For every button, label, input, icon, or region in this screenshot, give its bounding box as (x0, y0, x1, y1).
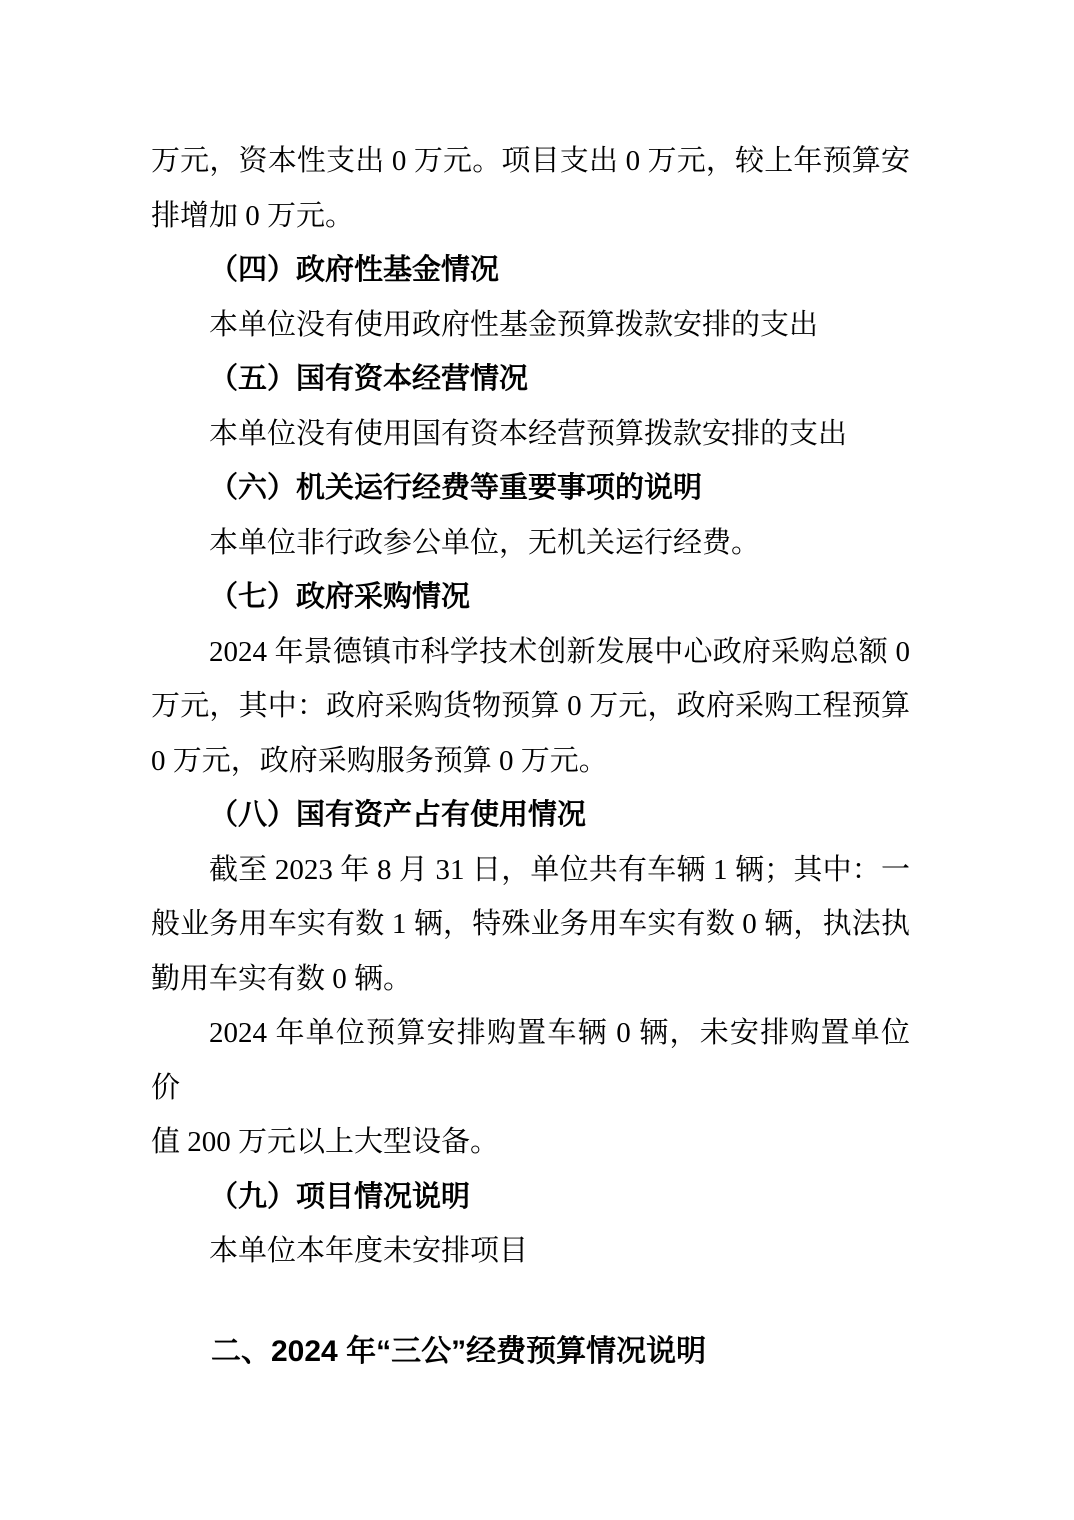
paragraph: 本单位没有使用国有资本经营预算拨款安排的支出 (151, 407, 910, 462)
text-line: 二、2024 年“三公”经费预算情况说明 (151, 1325, 910, 1380)
text-line: 万元，其中：政府采购货物预算 0 万元，政府采购工程预算 (151, 679, 910, 734)
section-heading: 二、2024 年“三公”经费预算情况说明 (151, 1325, 910, 1380)
document-content: 万元，资本性支出 0 万元。项目支出 0 万元，较上年预算安排增加 0 万元。（… (0, 0, 1074, 1379)
text-line: （五）国有资本经营情况 (151, 352, 910, 407)
text-line: 本单位没有使用政府性基金预算拨款安排的支出 (151, 298, 910, 353)
subsection-heading: （五）国有资本经营情况 (151, 352, 910, 407)
text-line: 2024 年单位预算安排购置车辆 0 辆，未安排购置单位价 (151, 1006, 910, 1115)
text-line: 万元，资本性支出 0 万元。项目支出 0 万元，较上年预算安 (151, 134, 910, 189)
paragraph: 本单位没有使用政府性基金预算拨款安排的支出 (151, 298, 910, 353)
text-line: 2024 年景德镇市科学技术创新发展中心政府采购总额 0 (151, 625, 910, 680)
text-line: 0 万元，政府采购服务预算 0 万元。 (151, 734, 910, 789)
subsection-heading: （七）政府采购情况 (151, 570, 910, 625)
text-line: 本单位本年度未安排项目 (151, 1224, 910, 1279)
text-line: 本单位非行政参公单位，无机关运行经费。 (151, 516, 910, 571)
subsection-heading: （四）政府性基金情况 (151, 243, 910, 298)
text-line: 勤用车实有数 0 辆。 (151, 952, 910, 1007)
text-line: 本单位没有使用国有资本经营预算拨款安排的支出 (151, 407, 910, 462)
paragraph: 2024 年景德镇市科学技术创新发展中心政府采购总额 0万元，其中：政府采购货物… (151, 625, 910, 789)
paragraph: 万元，资本性支出 0 万元。项目支出 0 万元，较上年预算安排增加 0 万元。 (151, 134, 910, 243)
text-line: （八）国有资产占有使用情况 (151, 788, 910, 843)
text-line: （九）项目情况说明 (151, 1170, 910, 1225)
text-line: 值 200 万元以上大型设备。 (151, 1115, 910, 1170)
text-line: （七）政府采购情况 (151, 570, 910, 625)
paragraph: 本单位非行政参公单位，无机关运行经费。 (151, 516, 910, 571)
paragraph: 2024 年单位预算安排购置车辆 0 辆，未安排购置单位价值 200 万元以上大… (151, 1006, 910, 1170)
paragraph: 截至 2023 年 8 月 31 日，单位共有车辆 1 辆；其中：一般业务用车实… (151, 843, 910, 1007)
subsection-heading: （六）机关运行经费等重要事项的说明 (151, 461, 910, 516)
paragraph: 本单位本年度未安排项目 (151, 1224, 910, 1279)
text-line: 般业务用车实有数 1 辆，特殊业务用车实有数 0 辆，执法执 (151, 897, 910, 952)
text-line: 排增加 0 万元。 (151, 189, 910, 244)
subsection-heading: （八）国有资产占有使用情况 (151, 788, 910, 843)
text-line: 截至 2023 年 8 月 31 日，单位共有车辆 1 辆；其中：一 (151, 843, 910, 898)
text-line: （四）政府性基金情况 (151, 243, 910, 298)
text-line: （六）机关运行经费等重要事项的说明 (151, 461, 910, 516)
subsection-heading: （九）项目情况说明 (151, 1170, 910, 1225)
document-page: 万元，资本性支出 0 万元。项目支出 0 万元，较上年预算安排增加 0 万元。（… (0, 0, 1074, 1520)
